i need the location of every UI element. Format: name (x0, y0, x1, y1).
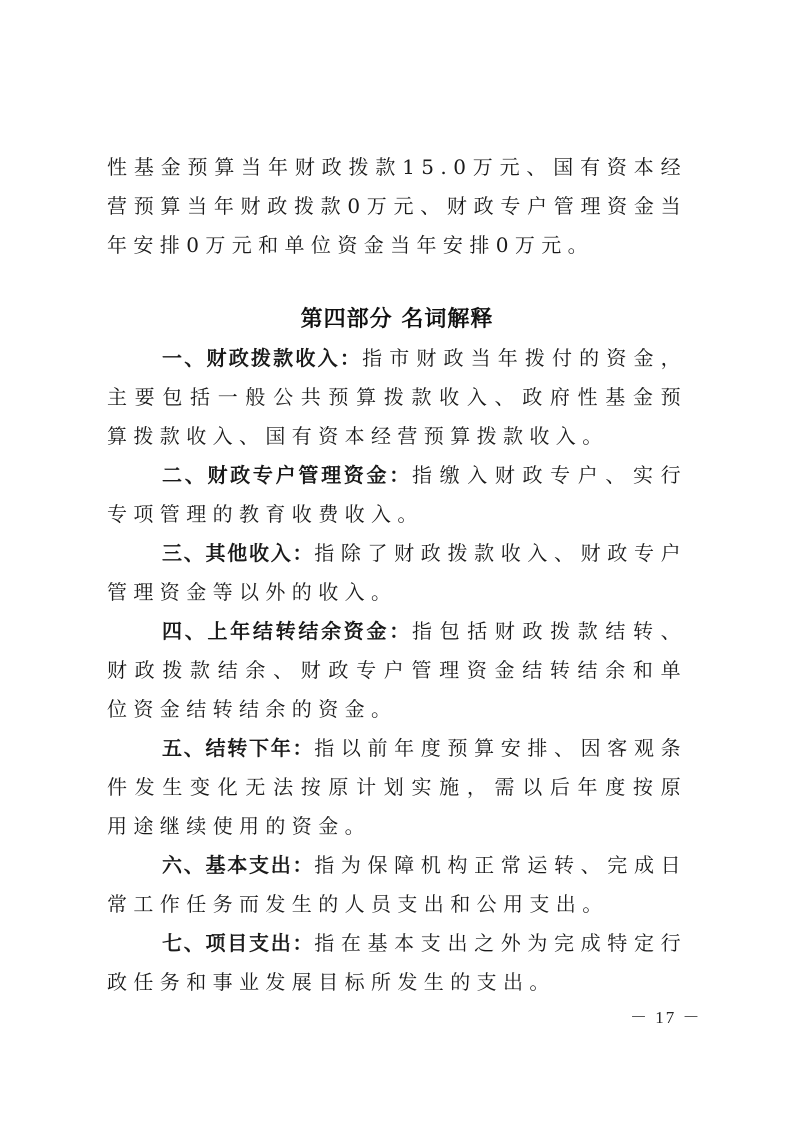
definition-term: 二、财政专户管理资金： (162, 463, 412, 487)
definition-term: 四、上年结转结余资金： (162, 619, 412, 643)
continuation-paragraph: 性基金预算当年财政拨款15.0万元、国有资本经营预算当年财政拨款0万元、财政专户… (107, 148, 687, 265)
definition-term: 五、结转下年： (162, 736, 314, 760)
definition-item: 六、基本支出：指为保障机构正常运转、完成日常工作任务而发生的人员支出和公用支出。 (107, 846, 687, 924)
page-number: － 17 － (630, 1003, 702, 1028)
document-page: 性基金预算当年财政拨款15.0万元、国有资本经营预算当年财政拨款0万元、财政专户… (107, 148, 687, 1002)
definition-term: 六、基本支出： (162, 853, 314, 877)
definition-term: 一、财政拨款收入： (162, 346, 362, 370)
definition-item: 三、其他收入：指除了财政拨款收入、财政专户管理资金等以外的收入。 (107, 534, 687, 612)
definition-term: 三、其他收入： (162, 541, 314, 565)
definition-item: 五、结转下年：指以前年度预算安排、因客观条件发生变化无法按原计划实施，需以后年度… (107, 729, 687, 846)
definition-item: 四、上年结转结余资金：指包括财政拨款结转、财政拨款结余、财政专户管理资金结转结余… (107, 612, 687, 729)
definition-item: 七、项目支出：指在基本支出之外为完成特定行政任务和事业发展目标所发生的支出。 (107, 924, 687, 1002)
section-title: 第四部分 名词解释 (107, 305, 687, 335)
definition-item: 一、财政拨款收入：指市财政当年拨付的资金，主要包括一般公共预算拨款收入、政府性基… (107, 339, 687, 456)
definition-item: 二、财政专户管理资金：指缴入财政专户、实行专项管理的教育收费收入。 (107, 456, 687, 534)
definition-term: 七、项目支出： (162, 931, 314, 955)
